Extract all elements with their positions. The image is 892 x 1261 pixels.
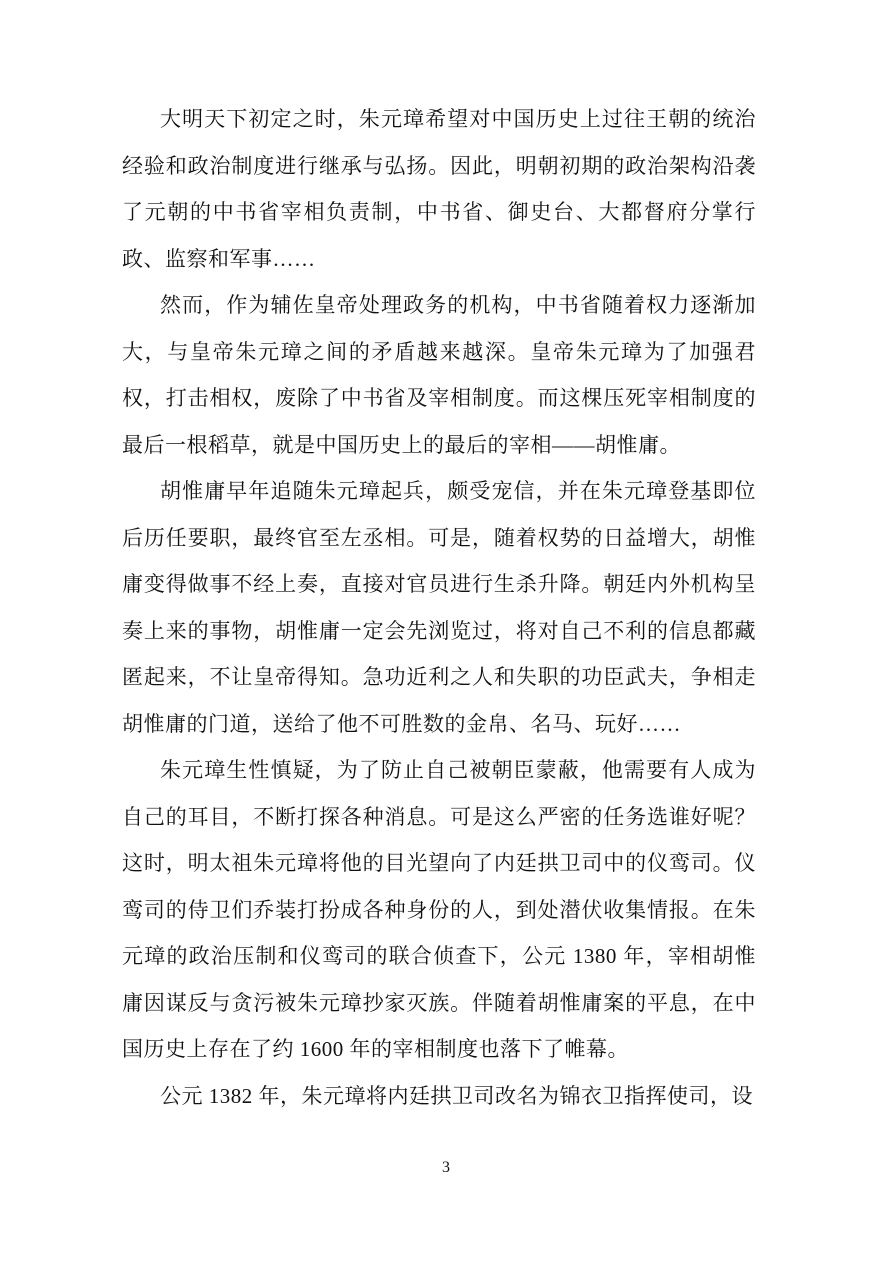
- paragraph-4: 朱元璋生性慎疑，为了防止自己被朝臣蒙蔽，他需要有人成为自己的耳目，不断打探各种消…: [122, 747, 756, 1073]
- paragraph-5: 公元 1382 年，朱元璋将内廷拱卫司改名为锦衣卫指挥使司，设: [122, 1073, 756, 1120]
- paragraph-3: 胡惟庸早年追随朱元璋起兵，颇受宠信，并在朱元璋登基即位后历任要职，最终官至左丞相…: [122, 468, 756, 747]
- document-page: 大明天下初定之时，朱元璋希望对中国历史上过往王朝的统治经验和政治制度进行继承与弘…: [0, 0, 892, 1261]
- paragraph-1: 大明天下初定之时，朱元璋希望对中国历史上过往王朝的统治经验和政治制度进行继承与弘…: [122, 96, 756, 282]
- text-body: 大明天下初定之时，朱元璋希望对中国历史上过往王朝的统治经验和政治制度进行继承与弘…: [122, 96, 756, 1119]
- page-number: 3: [0, 1158, 892, 1178]
- paragraph-2: 然而，作为辅佐皇帝处理政务的机构，中书省随着权力逐渐加大，与皇帝朱元璋之间的矛盾…: [122, 282, 756, 468]
